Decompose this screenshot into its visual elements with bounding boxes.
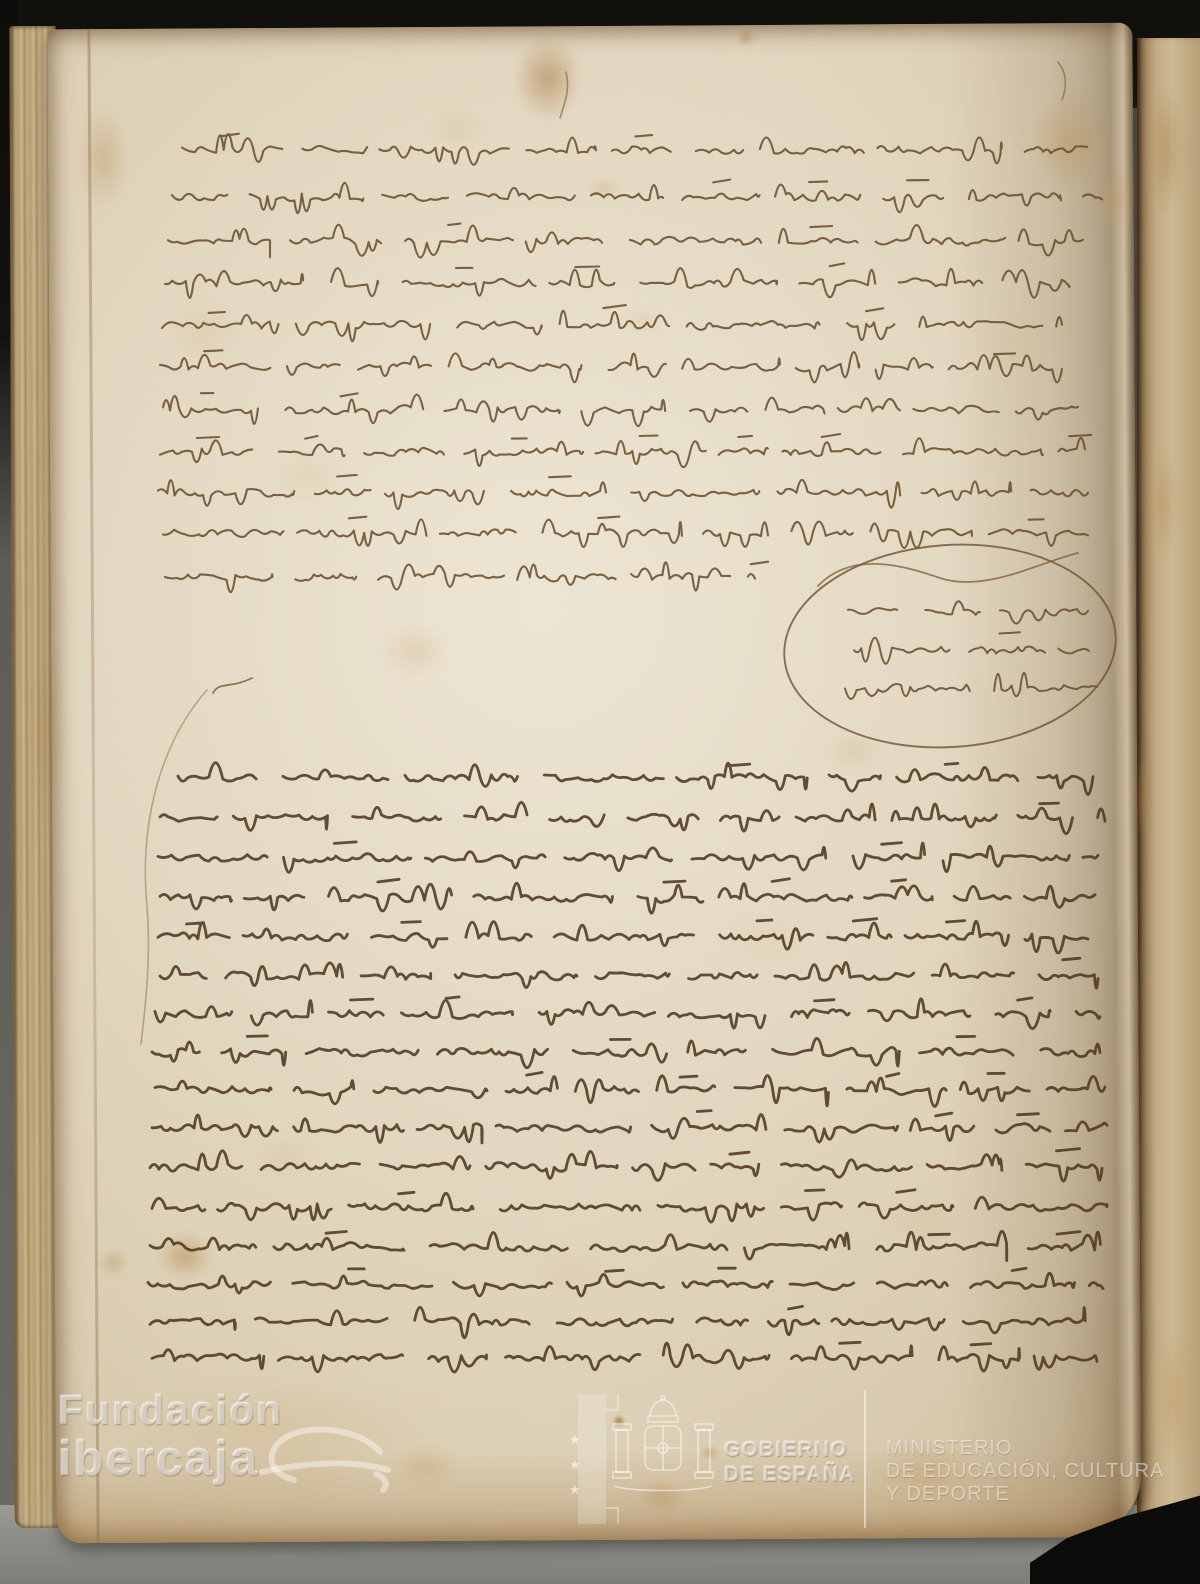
handwritten-line xyxy=(150,1306,1085,1337)
handwritten-line xyxy=(160,434,1091,467)
annotation-line xyxy=(845,673,1097,699)
flourish-stroke xyxy=(141,690,207,1044)
handwritten-line xyxy=(158,475,1088,509)
annotation-oval xyxy=(777,534,1122,759)
flourish-stroke xyxy=(818,553,1078,586)
flourish-stroke xyxy=(1058,62,1065,100)
handwritten-line xyxy=(168,224,1083,258)
handwritten-line xyxy=(152,1342,1097,1372)
handwritten-line xyxy=(150,1231,1100,1260)
text-block-lower-letter xyxy=(148,763,1107,1372)
handwritten-line xyxy=(150,1149,1102,1182)
notarial-annotation xyxy=(777,534,1122,759)
handwritten-line xyxy=(152,1036,1100,1068)
handwritten-line xyxy=(155,1072,1105,1106)
handwritten-line xyxy=(162,305,1062,341)
handwritten-line xyxy=(160,879,1095,914)
handwritten-line xyxy=(148,1268,1103,1296)
handwritten-line xyxy=(165,263,1070,297)
handwritten-line xyxy=(152,1190,1107,1222)
handwritten-line xyxy=(178,763,1093,795)
handwritten-line xyxy=(163,393,1078,426)
handwritten-line xyxy=(182,134,1087,165)
handwritten-line xyxy=(152,1111,1107,1143)
handwritten-line xyxy=(160,802,1105,833)
handwritten-line xyxy=(163,517,1088,548)
handwritten-line xyxy=(158,842,1098,872)
handwritten-line xyxy=(160,350,1062,382)
text-block-upper-letter xyxy=(158,134,1102,592)
handwritten-line xyxy=(160,958,1098,988)
flourish-stroke xyxy=(213,678,252,693)
handwritten-line xyxy=(155,997,1100,1029)
handwritten-line xyxy=(172,180,1102,213)
handwritten-line xyxy=(165,562,768,592)
handwritten-line xyxy=(158,919,1088,953)
annotation-line xyxy=(854,632,1089,663)
annotation-line xyxy=(848,601,1088,623)
manuscript-photo: Fundación ibercaja ★★★ xyxy=(0,0,1200,1584)
handwriting-layer xyxy=(0,0,1200,1584)
flourish-stroke xyxy=(560,72,568,118)
